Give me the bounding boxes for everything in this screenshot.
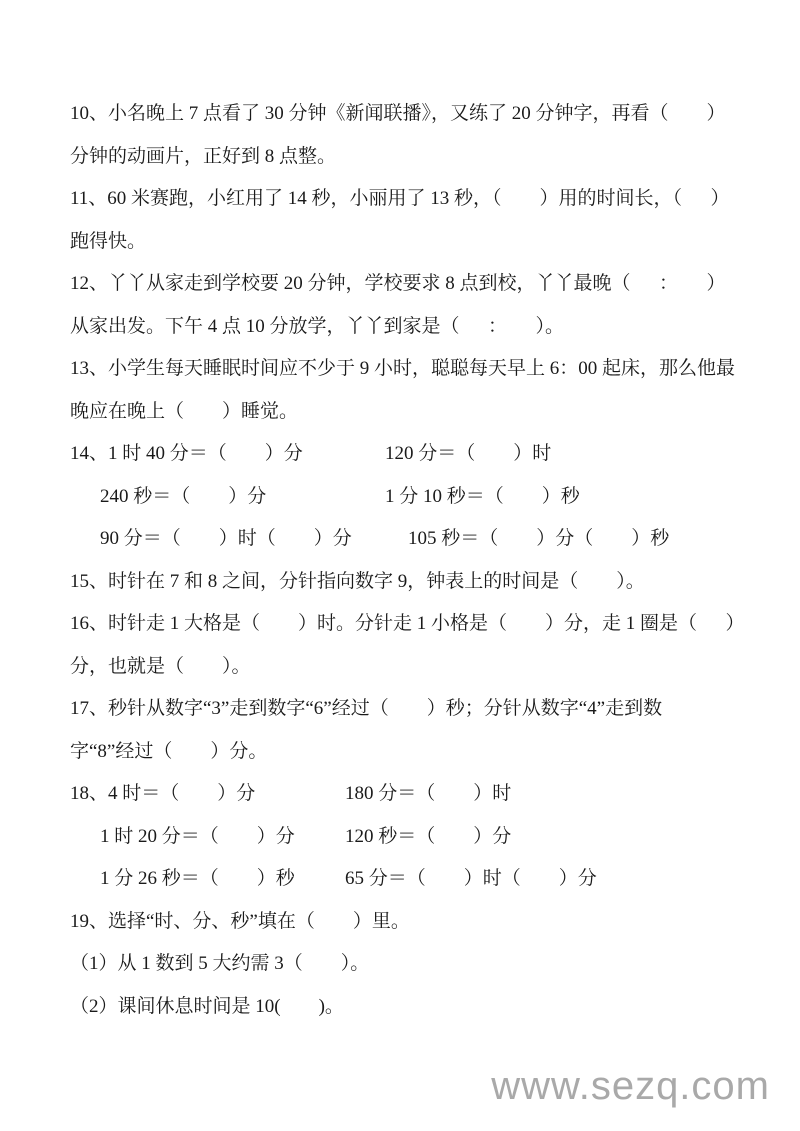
worksheet-line: 分，也就是（ ）。: [70, 646, 760, 689]
line-col-left: 1 分 26 秒＝（ ）秒: [100, 858, 345, 901]
worksheet-line: 15、时针在 7 和 8 之间，分针指向数字 9，钟表上的时间是（ ）。: [70, 561, 760, 604]
worksheet-line-two-col: 1 时 20 分＝（ ）分120 秒＝（ ）分: [70, 816, 760, 859]
worksheet-line-two-col: 18、4 时＝（ ）分180 分＝（ ）时: [70, 773, 760, 816]
worksheet-line: 从家出发。下午 4 点 10 分放学，丫丫到家是（ ： ）。: [70, 306, 760, 349]
worksheet-line-two-col: 14、1 时 40 分＝（ ）分120 分＝（ ）时: [70, 433, 760, 476]
worksheet-page: 10、小名晚上 7 点看了 30 分钟《新闻联播》，又练了 20 分钟字，再看（…: [0, 0, 800, 1131]
worksheet-line: （1）从 1 数到 5 大约需 3（ ）。: [70, 943, 760, 986]
line-col-right: 65 分＝（ ）时（ ）分: [345, 858, 597, 901]
worksheet-line: 16、时针走 1 大格是（ ）时。分针走 1 小格是（ ）分，走 1 圈是（ ）: [70, 603, 760, 646]
worksheet-line: 跑得快。: [70, 221, 760, 264]
worksheet-line: 17、秒针从数字“3”走到数字“6”经过（ ）秒；分针从数字“4”走到数: [70, 688, 760, 731]
line-col-right: 180 分＝（ ）时: [345, 773, 511, 816]
worksheet-line: 字“8”经过（ ）分。: [70, 731, 760, 774]
line-col-right: 120 秒＝（ ）分: [345, 816, 511, 859]
worksheet-line: 晚应在晚上（ ）睡觉。: [70, 391, 760, 434]
worksheet-line: 11、60 米赛跑，小红用了 14 秒，小丽用了 13 秒，（ ）用的时间长，（…: [70, 178, 760, 221]
line-col-left: 18、4 时＝（ ）分: [70, 773, 345, 816]
worksheet-line-two-col: 240 秒＝（ ）分1 分 10 秒＝（ ）秒: [70, 476, 760, 519]
worksheet-line: （2）课间休息时间是 10( )。: [70, 986, 760, 1029]
line-col-left: 1 时 20 分＝（ ）分: [100, 816, 345, 859]
worksheet-line: 分钟的动画片，正好到 8 点整。: [70, 136, 760, 179]
line-col-left: 90 分＝（ ）时（ ）分: [100, 518, 408, 561]
line-col-right: 105 秒＝（ ）分（ ）秒: [408, 518, 669, 561]
line-col-left: 240 秒＝（ ）分: [100, 476, 385, 519]
worksheet-body: 10、小名晚上 7 点看了 30 分钟《新闻联播》，又练了 20 分钟字，再看（…: [70, 93, 760, 1028]
worksheet-line-two-col: 1 分 26 秒＝（ ）秒65 分＝（ ）时（ ）分: [70, 858, 760, 901]
worksheet-line: 12、丫丫从家走到学校要 20 分钟，学校要求 8 点到校，丫丫最晚（ ： ）: [70, 263, 760, 306]
line-col-right: 1 分 10 秒＝（ ）秒: [385, 476, 580, 519]
worksheet-line: 10、小名晚上 7 点看了 30 分钟《新闻联播》，又练了 20 分钟字，再看（…: [70, 93, 760, 136]
worksheet-line: 19、选择“时、分、秒”填在（ ）里。: [70, 901, 760, 944]
worksheet-line: 13、小学生每天睡眠时间应不少于 9 小时，聪聪每天早上 6：00 起床，那么他…: [70, 348, 760, 391]
line-col-left: 14、1 时 40 分＝（ ）分: [70, 433, 385, 476]
worksheet-line-two-col: 90 分＝（ ）时（ ）分105 秒＝（ ）分（ ）秒: [70, 518, 760, 561]
watermark: www.sezq.com: [491, 1064, 770, 1109]
line-col-right: 120 分＝（ ）时: [385, 433, 551, 476]
